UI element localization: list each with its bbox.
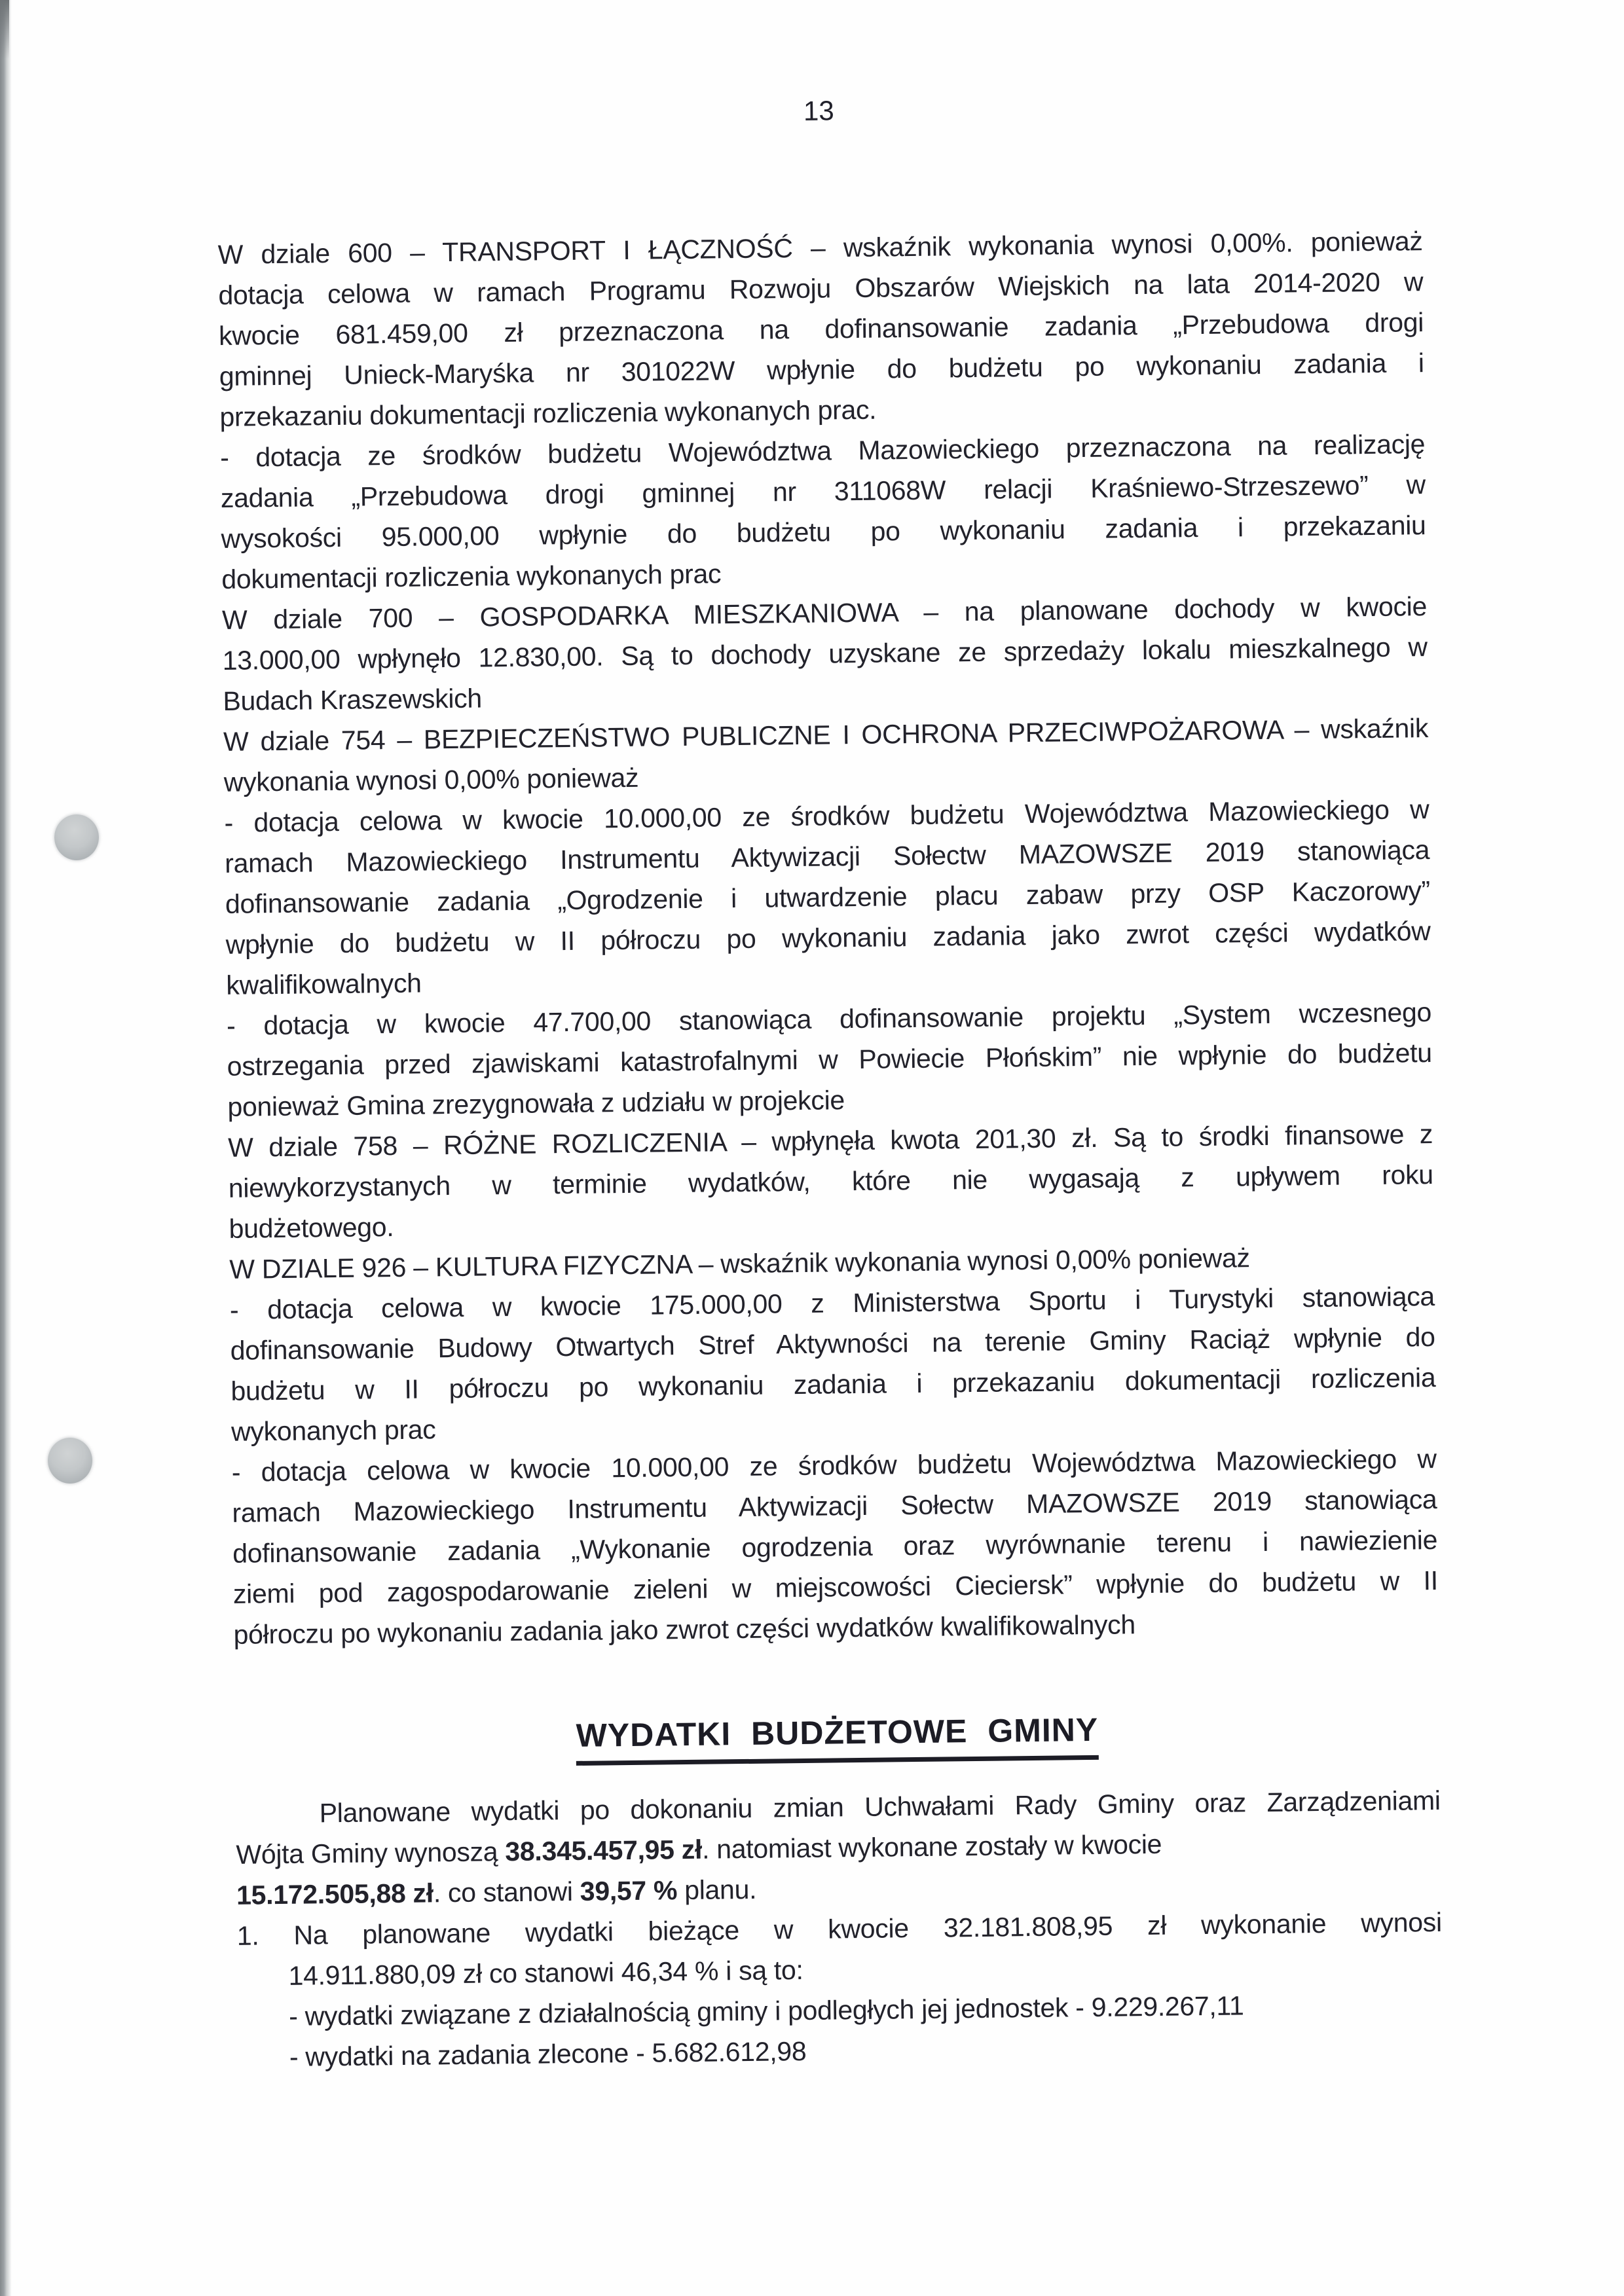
text-run: 14.911.880,09 zł co stanowi 46,34 % i są…: [288, 1955, 803, 1991]
page-number: 13: [216, 84, 1422, 137]
hole-punch: [54, 814, 99, 860]
text-run: . co stanowi: [434, 1876, 580, 1908]
document-page: 13 W dziale 600 – TRANSPORT I ŁĄCZNOŚĆ –…: [0, 0, 1624, 2296]
section-heading: WYDATKI BUDŻETOWE GMINY: [576, 1711, 1098, 1766]
revenue-report-body: W dziale 600 – TRANSPORT I ŁĄCZNOŚĆ – ws…: [217, 221, 1438, 1655]
scanned-text-block: 13 W dziale 600 – TRANSPORT I ŁĄCZNOŚĆ –…: [216, 84, 1443, 2078]
bold-amount: 38.345.457,95 zł: [505, 1834, 702, 1867]
text-run: - wydatki na zadania zlecone - 5.682.612…: [289, 2036, 807, 2072]
text-run: 1. Na planowane wydatki bieżące w kwocie…: [237, 1907, 1442, 1951]
scan-edge-artifact: [0, 0, 12, 2296]
hole-punch: [48, 1438, 92, 1484]
text-run: - wydatki związane z działalnością gminy…: [289, 1990, 1244, 2032]
section-heading-wrap: WYDATKI BUDŻETOWE GMINY: [234, 1707, 1440, 1776]
bold-amount: 39,57 %: [580, 1875, 678, 1906]
scan-edge-corner-artifact: [0, 0, 9, 59]
text-run: planu.: [677, 1874, 757, 1905]
bold-amount: 15.172.505,88 zł: [236, 1878, 434, 1910]
text-run: Planowane wydatki po dokonaniu zmian Uch…: [319, 1785, 1440, 1828]
text-run: Wójta Gminy wynoszą: [236, 1836, 505, 1870]
text-run: . natomiast wykonane zostały w kwocie: [702, 1829, 1162, 1865]
expenses-paragraph: Planowane wydatki po dokonaniu zmian Uch…: [235, 1780, 1443, 2078]
